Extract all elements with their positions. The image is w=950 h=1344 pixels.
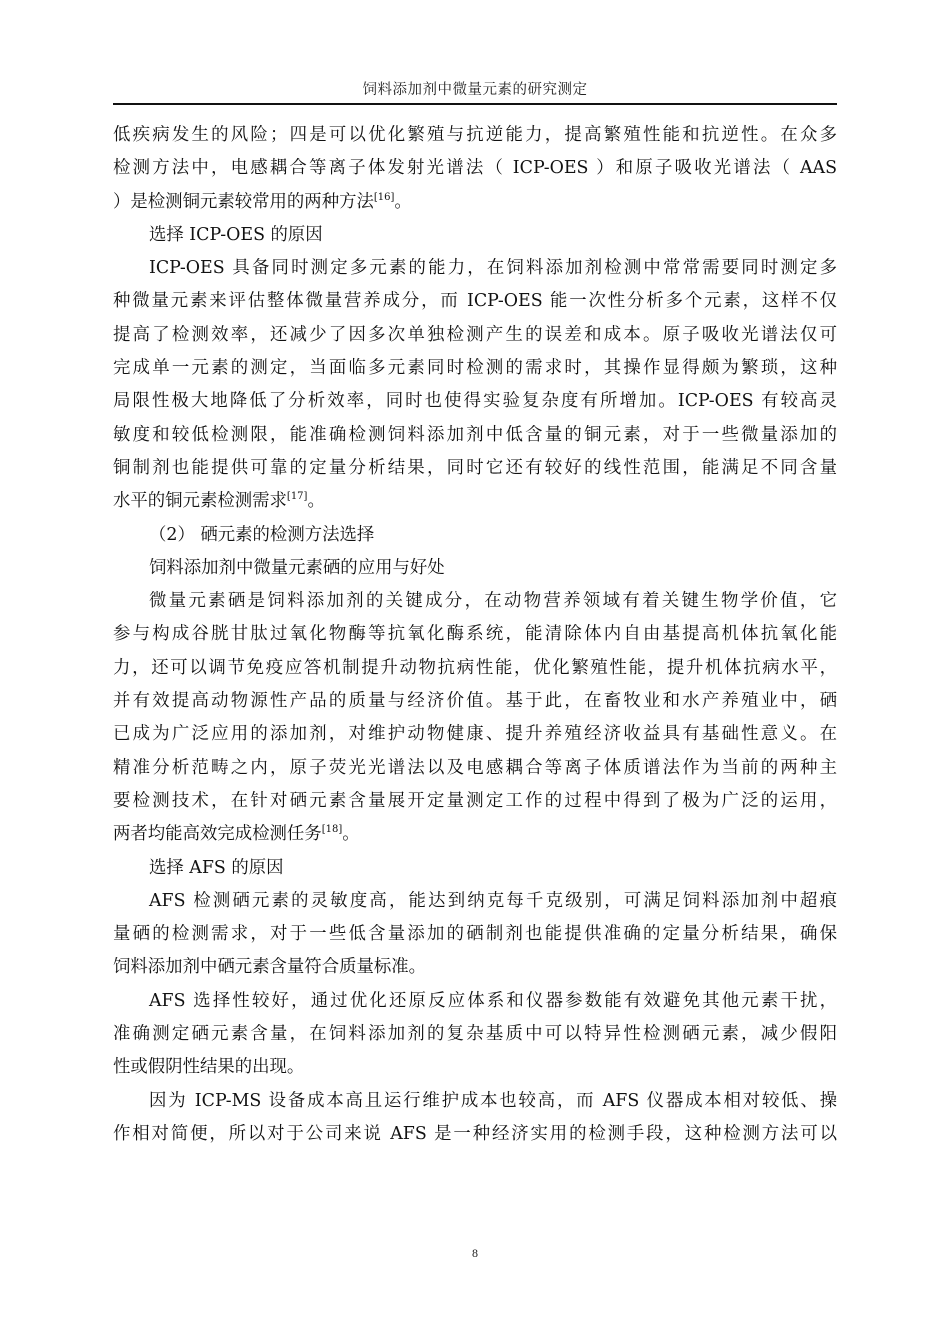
line-text: 并有效提高动物源性产品的质量与经济价值。基于此，在畜牧业和水产养殖业中，硒 xyxy=(113,691,837,711)
text-line: 并有效提高动物源性产品的质量与经济价值。基于此，在畜牧业和水产养殖业中，硒 xyxy=(113,685,837,718)
line-text: AFS 选择性较好，通过优化还原反应体系和仪器参数能有效避免其他元素干扰， xyxy=(149,991,837,1011)
text-line: 准确测定硒元素含量，在饲料添加剂的复杂基质中可以特异性检测硒元素，减少假阳 xyxy=(113,1018,837,1051)
line-text: 敏度和较低检测限，能准确检测饲料添加剂中低含量的铜元素，对于一些微量添加的 xyxy=(113,425,837,445)
text-line: 铜制剂也能提供可靠的定量分析结果，同时它还有较好的线性范围，能满足不同含量 xyxy=(113,452,837,485)
line-text: 水平的铜元素检测需求 xyxy=(113,491,287,511)
document-page: 饲料添加剂中微量元素的研究测定 低疾病发生的风险；四是可以优化繁殖与抗逆能力，提… xyxy=(0,0,950,1344)
text-line: （2） 硒元素的检测方法选择 xyxy=(113,519,837,552)
line-text: 完成单一元素的测定，当面临多元素同时检测的需求时，其操作显得颇为繁琐，这种 xyxy=(113,358,837,378)
line-text: 局限性极大地降低了分析效率，同时也使得实验复杂度有所增加。ICP-OES 有较高… xyxy=(113,391,837,411)
running-header: 饲料添加剂中微量元素的研究测定 xyxy=(113,78,837,99)
citation-reference: [17] xyxy=(287,491,308,502)
text-line: 低疾病发生的风险；四是可以优化繁殖与抗逆能力，提高繁殖性能和抗逆性。在众多 xyxy=(113,119,837,152)
line-text: 已成为广泛应用的添加剂，对维护动物健康、提升养殖经济收益具有基础性意义。在 xyxy=(113,724,837,744)
line-text: ICP-OES 具备同时测定多元素的能力，在饲料添加剂检测中常常需要同时测定多 xyxy=(149,258,837,278)
text-line: 检测方法中，电感耦合等离子体发射光谱法（ ICP-OES ）和原子吸收光谱法（ … xyxy=(113,152,837,185)
text-line: AFS 检测硒元素的灵敏度高，能达到纳克每千克级别，可满足饲料添加剂中超痕 xyxy=(113,885,837,918)
line-text: 作相对简便，所以对于公司来说 AFS 是一种经济实用的检测手段，这种检测方法可以 xyxy=(113,1124,837,1144)
body-text: 低疾病发生的风险；四是可以优化繁殖与抗逆能力，提高繁殖性能和抗逆性。在众多检测方… xyxy=(113,119,837,1151)
line-text: ）是检测铜元素较常用的两种方法 xyxy=(113,192,374,212)
text-line: 因为 ICP-MS 设备成本高且运行维护成本也较高，而 AFS 仪器成本相对较低… xyxy=(113,1085,837,1118)
line-text: 微量元素硒是饲料添加剂的关键成分，在动物营养领域有着关键生物学价值，它 xyxy=(149,591,837,611)
text-line: 要检测技术，在针对硒元素含量展开定量测定工作的过程中得到了极为广泛的运用， xyxy=(113,785,837,818)
text-line: 提高了检测效率，还减少了因多次单独检测产生的误差和成本。原子吸收光谱法仅可 xyxy=(113,319,837,352)
text-line: 选择 ICP-OES 的原因 xyxy=(113,219,837,252)
line-text: 选择 ICP-OES 的原因 xyxy=(149,225,323,245)
text-line: 水平的铜元素检测需求[17]。 xyxy=(113,485,837,518)
line-tail: 。 xyxy=(342,824,359,844)
text-line: 饲料添加剂中微量元素硒的应用与好处 xyxy=(113,552,837,585)
line-tail: 。 xyxy=(307,491,324,511)
line-tail: 。 xyxy=(394,192,411,212)
text-line: 两者均能高效完成检测任务[18]。 xyxy=(113,818,837,851)
text-line: 参与构成谷胱甘肽过氧化物酶等抗氧化酶系统，能清除体内自由基提高机体抗氧化能 xyxy=(113,618,837,651)
line-text: 饲料添加剂中微量元素硒的应用与好处 xyxy=(149,558,445,578)
line-text: 参与构成谷胱甘肽过氧化物酶等抗氧化酶系统，能清除体内自由基提高机体抗氧化能 xyxy=(113,624,837,644)
text-line: AFS 选择性较好，通过优化还原反应体系和仪器参数能有效避免其他元素干扰， xyxy=(113,985,837,1018)
text-line: 敏度和较低检测限，能准确检测饲料添加剂中低含量的铜元素，对于一些微量添加的 xyxy=(113,419,837,452)
line-text: 精准分析范畴之内，原子荧光光谱法以及电感耦合等离子体质谱法作为当前的两种主 xyxy=(113,758,837,778)
text-line: 微量元素硒是饲料添加剂的关键成分，在动物营养领域有着关键生物学价值，它 xyxy=(113,585,837,618)
line-text: 量硒的检测需求，对于一些低含量添加的硒制剂也能提供准确的定量分析结果，确保 xyxy=(113,924,837,944)
line-text: 两者均能高效完成检测任务 xyxy=(113,824,322,844)
text-line: 完成单一元素的测定，当面临多元素同时检测的需求时，其操作显得颇为繁琐，这种 xyxy=(113,352,837,385)
text-line: 性或假阴性结果的出现。 xyxy=(113,1051,837,1084)
citation-reference: [16] xyxy=(374,192,395,203)
text-line: 力，还可以调节免疫应答机制提升动物抗病性能，优化繁殖性能，提升机体抗病水平， xyxy=(113,652,837,685)
line-text: 要检测技术，在针对硒元素含量展开定量测定工作的过程中得到了极为广泛的运用， xyxy=(113,791,837,811)
text-line: ICP-OES 具备同时测定多元素的能力，在饲料添加剂检测中常常需要同时测定多 xyxy=(113,252,837,285)
text-line: ）是检测铜元素较常用的两种方法[16]。 xyxy=(113,186,837,219)
line-text: 力，还可以调节免疫应答机制提升动物抗病性能，优化繁殖性能，提升机体抗病水平， xyxy=(113,658,837,678)
line-text: 饲料添加剂中硒元素含量符合质量标准。 xyxy=(113,957,426,977)
line-text: 种微量元素来评估整体微量营养成分，而 ICP-OES 能一次性分析多个元素，这样… xyxy=(113,291,837,311)
line-text: 铜制剂也能提供可靠的定量分析结果，同时它还有较好的线性范围，能满足不同含量 xyxy=(113,458,837,478)
line-text: AFS 检测硒元素的灵敏度高，能达到纳克每千克级别，可满足饲料添加剂中超痕 xyxy=(149,891,837,911)
text-line: 量硒的检测需求，对于一些低含量添加的硒制剂也能提供准确的定量分析结果，确保 xyxy=(113,918,837,951)
text-line: 已成为广泛应用的添加剂，对维护动物健康、提升养殖经济收益具有基础性意义。在 xyxy=(113,718,837,751)
text-line: 作相对简便，所以对于公司来说 AFS 是一种经济实用的检测手段，这种检测方法可以 xyxy=(113,1118,837,1151)
text-line: 饲料添加剂中硒元素含量符合质量标准。 xyxy=(113,951,837,984)
text-line: 选择 AFS 的原因 xyxy=(113,852,837,885)
header-rule xyxy=(113,103,837,105)
line-text: 提高了检测效率，还减少了因多次单独检测产生的误差和成本。原子吸收光谱法仅可 xyxy=(113,325,837,345)
line-text: 低疾病发生的风险；四是可以优化繁殖与抗逆能力，提高繁殖性能和抗逆性。在众多 xyxy=(113,125,837,145)
line-text: 选择 AFS 的原因 xyxy=(149,858,284,878)
citation-reference: [18] xyxy=(322,824,343,835)
line-text: 性或假阴性结果的出现。 xyxy=(113,1057,304,1077)
line-text: 因为 ICP-MS 设备成本高且运行维护成本也较高，而 AFS 仪器成本相对较低… xyxy=(149,1091,837,1111)
line-text: 检测方法中，电感耦合等离子体发射光谱法（ ICP-OES ）和原子吸收光谱法（ … xyxy=(113,158,837,178)
line-text: 准确测定硒元素含量，在饲料添加剂的复杂基质中可以特异性检测硒元素，减少假阳 xyxy=(113,1024,837,1044)
page-number: 8 xyxy=(0,1246,950,1261)
text-line: 局限性极大地降低了分析效率，同时也使得实验复杂度有所增加。ICP-OES 有较高… xyxy=(113,385,837,418)
text-line: 精准分析范畴之内，原子荧光光谱法以及电感耦合等离子体质谱法作为当前的两种主 xyxy=(113,752,837,785)
text-line: 种微量元素来评估整体微量营养成分，而 ICP-OES 能一次性分析多个元素，这样… xyxy=(113,285,837,318)
line-text: （2） 硒元素的检测方法选择 xyxy=(149,525,374,545)
